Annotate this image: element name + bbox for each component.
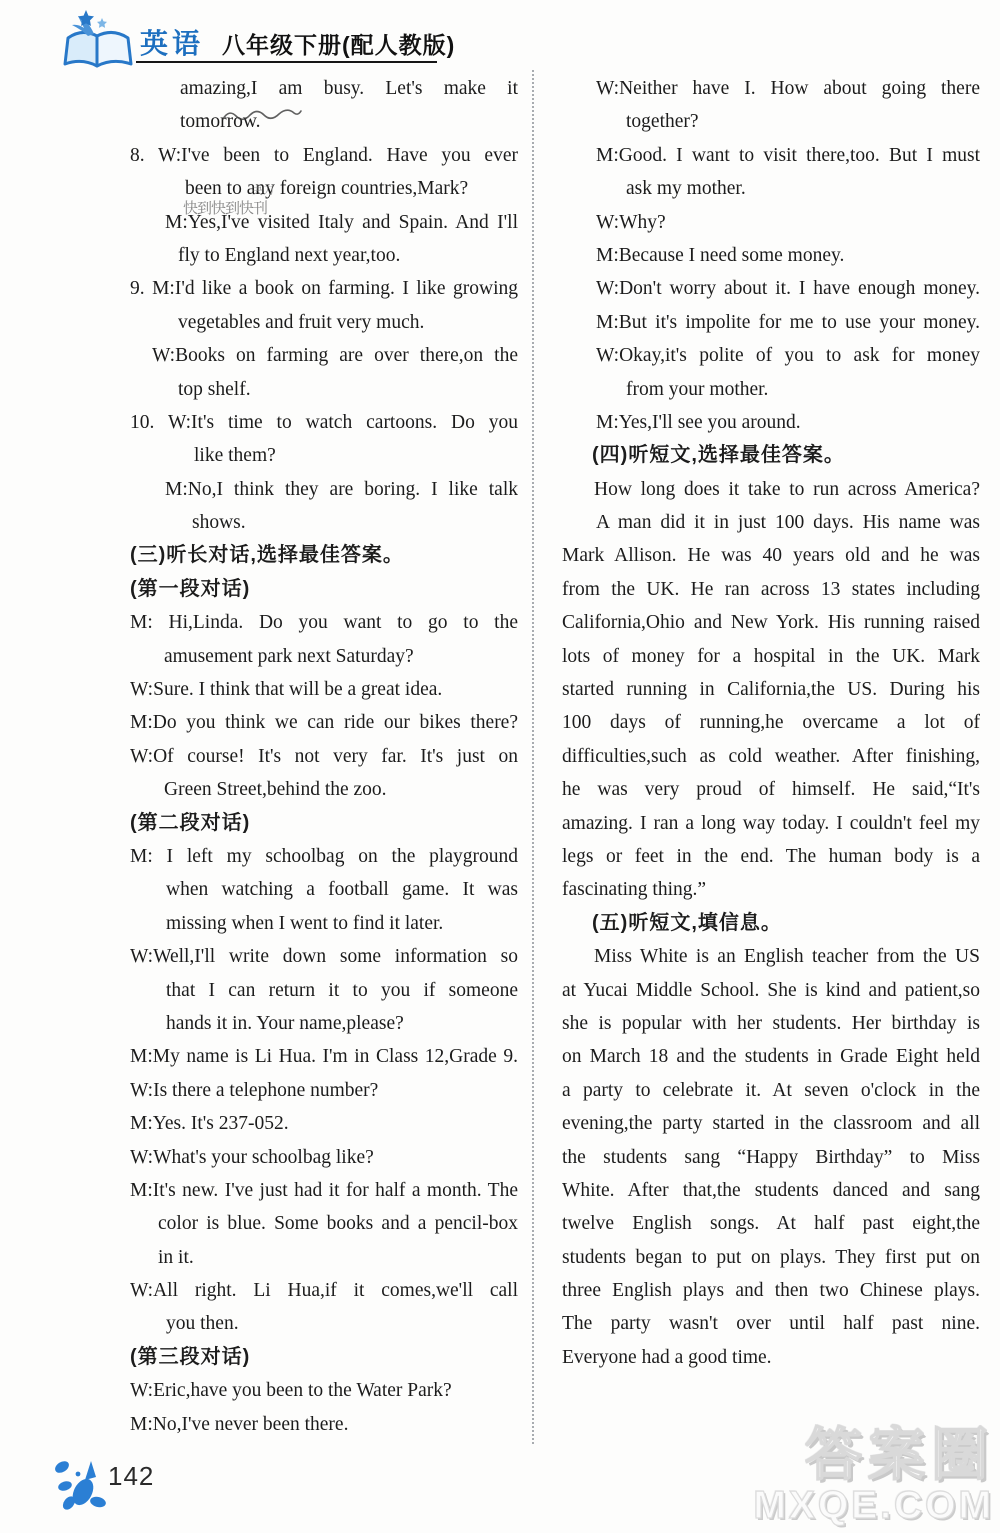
text-line: she is popular with her students. Her bi… — [562, 1007, 980, 1040]
text-line: M:Do you think we can ride our bikes the… — [130, 706, 518, 739]
section-heading-line: (五)听短文,填信息。 — [562, 907, 980, 940]
text-line: vegetables and fruit very much. — [130, 306, 518, 339]
text-line: shows. — [130, 506, 518, 539]
text-line: M: Hi,Linda. Do you want to go to the — [130, 606, 518, 639]
text-line: amazing. I ran a long way today. I could… — [562, 807, 980, 840]
text-line: M:Because I need some money. — [562, 239, 980, 272]
ink-bleed-artifact: 快到快到快刊 — [183, 197, 267, 218]
text-line: started running in California,the US. Du… — [562, 673, 980, 706]
text-line: color is blue. Some books and a pencil-b… — [130, 1207, 518, 1240]
text-line: 10. W:It's time to watch cartoons. Do yo… — [130, 406, 518, 439]
text-line: White. After that,the students danced an… — [562, 1174, 980, 1207]
section-heading-line: (第一段对话) — [130, 573, 518, 606]
text-line: he was very proud of himself. He said,“I… — [562, 773, 980, 806]
header-title: 八年级下册(配人教版) — [222, 27, 455, 60]
text-line: 9. M:I'd like a book on farming. I like … — [130, 272, 518, 305]
text-line: a party to celebrate it. At seven o'cloc… — [562, 1074, 980, 1107]
text-line: W:Well,I'll write down some information … — [130, 940, 518, 973]
text-line: from the UK. He ran across 13 states inc… — [562, 573, 980, 606]
text-line: Mark Allison. He was 40 years old and he… — [562, 539, 980, 572]
section-heading-line: (四)听短文,选择最佳答案。 — [562, 439, 980, 472]
page: { "header": { "subject": "英语", "title": … — [0, 0, 1000, 1533]
text-line: difficulties,such as cold weather. After… — [562, 740, 980, 773]
column-divider — [532, 70, 534, 1444]
text-line: 8. W:I've been to England. Have you ever — [130, 139, 518, 172]
text-line: The party wasn't over until half past ni… — [562, 1307, 980, 1340]
text-line: W:Neither have I. How about going there — [562, 72, 980, 105]
text-line: M:Yes,I'll see you around. — [562, 406, 980, 439]
text-line: W:Of course! It's not very far. It's jus… — [130, 740, 518, 773]
text-line: Everyone had a good time. — [562, 1341, 980, 1374]
text-line: Green Street,behind the zoo. — [130, 773, 518, 806]
text-line: legs or feet in the end. The human body … — [562, 840, 980, 873]
text-line: amazing,I am busy. Let's make it — [130, 72, 518, 105]
text-line: M:Yes. It's 237-052. — [130, 1107, 518, 1140]
header-underline — [136, 61, 437, 63]
text-line: fascinating thing.” — [562, 873, 980, 906]
text-line: together? — [562, 105, 980, 138]
text-line: Miss White is an English teacher from th… — [562, 940, 980, 973]
text-line: W:Why? — [562, 206, 980, 239]
text-line: W:Books on farming are over there,on the — [130, 339, 518, 372]
text-line: 100 days of running,he overcame a lot of — [562, 706, 980, 739]
text-line: twelve English songs. At half past eight… — [562, 1207, 980, 1240]
text-line: evening,the party started in the classro… — [562, 1107, 980, 1140]
text-line: W:Okay,it's polite of you to ask for mon… — [562, 339, 980, 372]
watermark-brand: 答案圈 — [753, 1427, 994, 1484]
text-line: lots of money for a hospital in the UK. … — [562, 640, 980, 673]
text-line: How long does it take to run across Amer… — [562, 473, 980, 506]
watermark-site: MXQE.COM — [753, 1486, 994, 1525]
text-line: W:All right. Li Hua,if it comes,we'll ca… — [130, 1274, 518, 1307]
text-line: hands it in. Your name,please? — [130, 1007, 518, 1040]
text-line: that I can return it to you if someone — [130, 974, 518, 1007]
text-line: you then. — [130, 1307, 518, 1340]
text-line: top shelf. — [130, 373, 518, 406]
watermark: 答案圈 MXQE.COM — [753, 1427, 994, 1525]
text-line: tomorrow. — [130, 105, 518, 138]
ink-bleed-artifact-small: 夬刀 — [252, 182, 274, 198]
text-line: W:Don't worry about it. I have enough mo… — [562, 272, 980, 305]
text-line: W:What's your schoolbag like? — [130, 1141, 518, 1174]
text-line: students began to put on plays. They fir… — [562, 1241, 980, 1274]
text-line: from your mother. — [562, 373, 980, 406]
text-line: three English plays and then two Chinese… — [562, 1274, 980, 1307]
text-line: like them? — [130, 439, 518, 472]
text-line: M:Good. I want to visit there,too. But I… — [562, 139, 980, 172]
text-line: amusement park next Saturday? — [130, 640, 518, 673]
text-line: the students sang “Happy Birthday” to Mi… — [562, 1141, 980, 1174]
text-line: A man did it in just 100 days. His name … — [562, 506, 980, 539]
text-line: California,Ohio and New York. His runnin… — [562, 606, 980, 639]
text-line: M:It's new. I've just had it for half a … — [130, 1174, 518, 1207]
right-column: W:Neither have I. How about going theret… — [562, 72, 980, 1374]
text-line: M: I left my schoolbag on the playground — [130, 840, 518, 873]
text-line: M:My name is Li Hua. I'm in Class 12,Gra… — [130, 1040, 518, 1073]
text-line: at Yucai Middle School. She is kind and … — [562, 974, 980, 1007]
text-line: M:No,I've never been there. — [130, 1408, 518, 1441]
text-line: W:Is there a telephone number? — [130, 1074, 518, 1107]
text-line: M:But it's impolite for me to use your m… — [562, 306, 980, 339]
text-line: on March 18 and the students in Grade Ei… — [562, 1040, 980, 1073]
text-line: missing when I went to find it later. — [130, 907, 518, 940]
section-heading-line: (第三段对话) — [130, 1341, 518, 1374]
pen-scribble-artifact — [221, 103, 303, 130]
left-column: amazing,I am busy. Let's make ittomorrow… — [130, 72, 518, 1441]
text-line: W:Sure. I think that will be a great ide… — [130, 673, 518, 706]
text-line: W:Eric,have you been to the Water Park? — [130, 1374, 518, 1407]
text-line: fly to England next year,too. — [130, 239, 518, 272]
splash-decoration-icon — [52, 1456, 114, 1519]
section-heading-line: (三)听长对话,选择最佳答案。 — [130, 539, 518, 572]
header-subject: 英语 — [140, 22, 204, 62]
text-line: M:No,I think they are boring. I like tal… — [130, 473, 518, 506]
text-line: in it. — [130, 1241, 518, 1274]
page-number: 142 — [108, 1461, 154, 1492]
section-heading-line: (第二段对话) — [130, 807, 518, 840]
text-line: when watching a football game. It was — [130, 873, 518, 906]
book-logo-icon — [58, 8, 138, 79]
text-line: ask my mother. — [562, 172, 980, 205]
